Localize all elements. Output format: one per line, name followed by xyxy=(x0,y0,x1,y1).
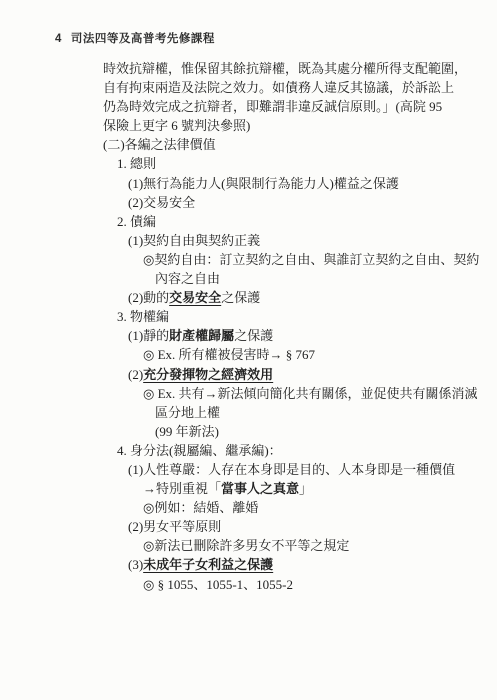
text-line: (二)各編之法律價值 xyxy=(103,135,488,154)
text-run: ◎新法已刪除許多男女不平等之規定 xyxy=(143,538,349,553)
text-run: 區分地上權 xyxy=(155,405,220,420)
text-run: →特別重視「 xyxy=(143,481,221,496)
text-run: (1)契約自由與契約正義 xyxy=(128,233,260,248)
text-run: (1)人性尊嚴：人存在本身即是目的、人本身即是一種價值 xyxy=(128,462,455,477)
text-line: (2)交易安全 xyxy=(128,193,488,212)
text-run: (2)動的 xyxy=(128,290,169,305)
emphasis-run: 未成年子女利益之保護 xyxy=(143,557,273,572)
text-run: (1)無行為能力人(與限制行為能力人)權益之保護 xyxy=(128,176,399,191)
text-run: ◎ § 1055、1055-1、1055-2 xyxy=(143,577,293,592)
text-run: 內容之自由 xyxy=(155,271,220,286)
text-line: (1)契約自由與契約正義 xyxy=(128,231,488,250)
text-run: (2) xyxy=(128,367,143,382)
text-run: 之保護 xyxy=(234,328,273,343)
text-run: 自有拘束兩造及法院之效力。如債務人違反其協議，於訴訟上 xyxy=(103,80,454,95)
text-run: 2. 債編 xyxy=(117,214,156,229)
text-run: 仍為時效完成之抗辯者，即難謂非違反誠信原則。」(高院 95 xyxy=(103,99,442,114)
text-line: 時效抗辯權，惟保留其餘抗辯權，既為其處分權所得支配範圍， xyxy=(103,59,488,78)
running-header: 4司法四等及高普考先修課程 xyxy=(55,30,215,46)
text-line: 仍為時效完成之抗辯者，即難謂非違反誠信原則。」(高院 95 xyxy=(103,97,488,116)
text-run: (二)各編之法律價值 xyxy=(103,137,216,152)
text-line: (2)動的交易安全之保護 xyxy=(128,288,488,307)
text-run: (2)交易安全 xyxy=(128,195,195,210)
text-line: (1)人性尊嚴：人存在本身即是目的、人本身即是一種價值 xyxy=(128,460,488,479)
text-run: 1. 總則 xyxy=(117,156,156,171)
text-run: (2)男女平等原則 xyxy=(128,519,221,534)
text-line: 區分地上權 xyxy=(155,403,488,422)
text-run: 保險上更字 6 號判決參照) xyxy=(103,118,250,133)
document-body: 時效抗辯權，惟保留其餘抗辯權，既為其處分權所得支配範圍，自有拘束兩造及法院之效力… xyxy=(103,59,488,594)
text-run: ◎ Ex. 共有→新法傾向簡化共有關係，並促使共有關係消滅 xyxy=(143,386,478,401)
text-run: 4. 身分法(親屬編、繼承編)： xyxy=(117,443,282,458)
emphasis-run: 當事人之真意 xyxy=(221,481,299,496)
text-run: 時效抗辯權，惟保留其餘抗辯權，既為其處分權所得支配範圍， xyxy=(103,61,467,76)
text-line: ◎契約自由：訂立契約之自由、與誰訂立契約之自由、契約 xyxy=(143,250,488,269)
text-line: ◎例如：結婚、離婚 xyxy=(143,498,488,517)
text-line: ◎ Ex. 共有→新法傾向簡化共有關係，並促使共有關係消滅 xyxy=(143,384,488,403)
text-line: 保險上更字 6 號判決參照) xyxy=(103,116,488,135)
text-run: 之保護 xyxy=(221,290,260,305)
text-line: (1)靜的財產權歸屬之保護 xyxy=(128,326,488,345)
text-run: 」 xyxy=(299,481,312,496)
text-line: 4. 身分法(親屬編、繼承編)： xyxy=(117,441,488,460)
text-line: ◎ § 1055、1055-1、1055-2 xyxy=(143,575,488,594)
emphasis-run: 充分發揮物之經濟效用 xyxy=(143,367,273,382)
text-run: ◎例如：結婚、離婚 xyxy=(143,500,258,515)
text-line: 1. 總則 xyxy=(117,154,488,173)
text-line: 內容之自由 xyxy=(155,269,488,288)
text-line: ◎ Ex. 所有權被侵害時→ § 767 xyxy=(143,345,488,364)
document-page: 4司法四等及高普考先修課程 時效抗辯權，惟保留其餘抗辯權，既為其處分權所得支配範… xyxy=(0,0,497,700)
text-line: 自有拘束兩造及法院之效力。如債務人違反其協議，於訴訟上 xyxy=(103,78,488,97)
text-line: (1)無行為能力人(與限制行為能力人)權益之保護 xyxy=(128,174,488,193)
text-line: 2. 債編 xyxy=(117,212,488,231)
text-run: (1)靜的 xyxy=(128,328,169,343)
text-run: (99 年新法) xyxy=(155,424,219,439)
text-run: ◎契約自由：訂立契約之自由、與誰訂立契約之自由、契約 xyxy=(143,252,479,267)
text-line: (2)男女平等原則 xyxy=(128,517,488,536)
text-line: →特別重視「當事人之真意」 xyxy=(143,479,488,498)
text-line: ◎新法已刪除許多男女不平等之規定 xyxy=(143,536,488,555)
text-line: 3. 物權編 xyxy=(117,307,488,326)
emphasis-run: 交易安全 xyxy=(169,290,221,305)
text-run: 3. 物權編 xyxy=(117,309,169,324)
text-line: (2)充分發揮物之經濟效用 xyxy=(128,365,488,384)
page-number: 4 xyxy=(55,33,62,45)
emphasis-run: 財產權歸屬 xyxy=(169,328,234,343)
header-title: 司法四等及高普考先修課程 xyxy=(71,33,215,45)
text-line: (3)未成年子女利益之保護 xyxy=(128,555,488,574)
text-run: ◎ Ex. 所有權被侵害時→ § 767 xyxy=(143,347,315,362)
text-run: (3) xyxy=(128,557,143,572)
text-line: (99 年新法) xyxy=(155,422,488,441)
